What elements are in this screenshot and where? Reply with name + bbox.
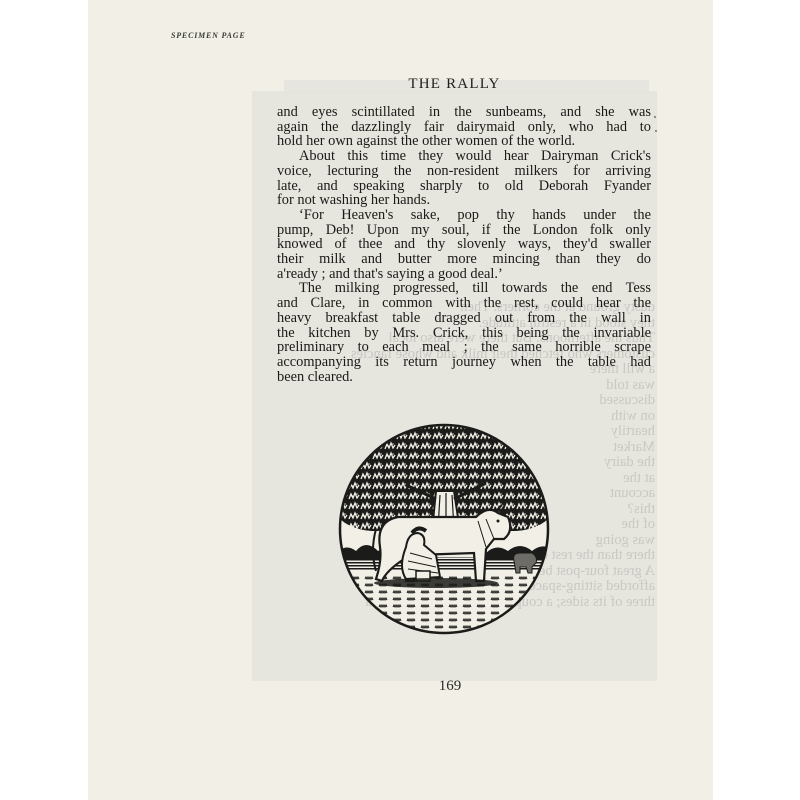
text-line: and eyes scintillated in the sunbeams, a… bbox=[277, 105, 651, 120]
text-line: knowed of thee and thy slovenly ways, th… bbox=[277, 237, 651, 252]
show-through-line: discussed bbox=[260, 393, 655, 409]
page-number: 169 bbox=[380, 678, 520, 695]
text-line: and Clare, in common with the rest, coul… bbox=[277, 296, 651, 311]
text-line: the kitchen by Mrs. Crick, this being th… bbox=[277, 326, 651, 341]
text-line: again the dazzlingly fair dairymaid only… bbox=[277, 120, 651, 135]
text-line: accompanying its return journey when the… bbox=[277, 355, 651, 370]
text-line: heavy breakfast table dragged out from t… bbox=[277, 311, 651, 326]
text-line: pump, Deb! Upon my soul, if the London f… bbox=[277, 223, 651, 238]
text-line: About this time they would hear Dairyman… bbox=[277, 149, 651, 164]
body-text: and eyes scintillated in the sunbeams, a… bbox=[277, 105, 651, 384]
text-line: for not washing her hands. bbox=[277, 193, 651, 208]
text-line: ‘For Heaven's sake, pop thy hands under … bbox=[277, 208, 651, 223]
text-line: a'ready ; and that's saying a good deal.… bbox=[277, 267, 651, 282]
text-line: been cleared. bbox=[277, 370, 651, 385]
paper-speck bbox=[655, 130, 657, 132]
text-line: their milk and butter more mincing than … bbox=[277, 252, 651, 267]
text-line: hold her own against the other women of … bbox=[277, 134, 651, 149]
text-line: preliminary to each meal ; the same horr… bbox=[277, 340, 651, 355]
running-head: THE RALLY bbox=[252, 76, 657, 93]
text-line: The milking progressed, till towards the… bbox=[277, 281, 651, 296]
paper-speck bbox=[654, 116, 656, 118]
text-line: late, and speaking sharply to old Debora… bbox=[277, 179, 651, 194]
woodcut-milkmaid-cow-tree-illustration bbox=[336, 421, 552, 637]
specimen-label: SPECIMEN PAGE bbox=[171, 31, 246, 40]
text-line: voice, lecturing the non-resident milker… bbox=[277, 164, 651, 179]
